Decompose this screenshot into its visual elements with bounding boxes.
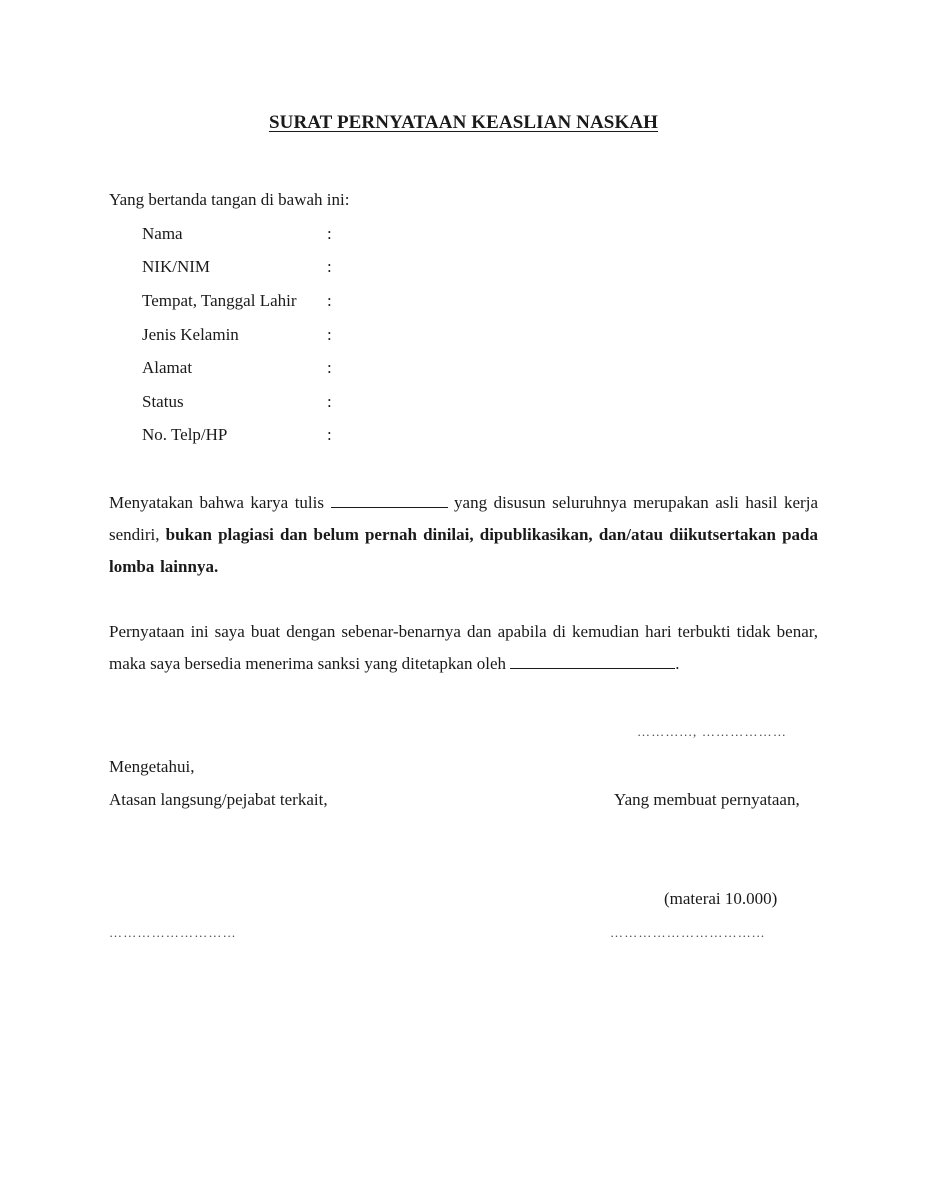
declaration-end: .: [675, 654, 679, 673]
sanksi-oleh-blank: [510, 653, 675, 669]
field-colon: :: [327, 257, 332, 277]
place-date-placeholder: ………..., ………………: [637, 724, 787, 740]
statement-text-start: Menyatakan bahwa karya tulis: [109, 493, 331, 512]
field-colon: :: [327, 291, 332, 311]
field-label-nik-nim: NIK/NIM: [142, 257, 210, 277]
declaration-text: Pernyataan ini saya buat dengan sebenar-…: [109, 622, 818, 673]
field-label-status: Status: [142, 392, 184, 412]
stamp-duty-label: (materai 10.000): [664, 889, 777, 909]
statement-paragraph: Menyatakan bahwa karya tulis yang disusu…: [109, 487, 818, 583]
document-title: SURAT PERNYATAAN KEASLIAN NASKAH: [0, 112, 927, 134]
supervisor-label: Atasan langsung/pejabat terkait,: [109, 790, 328, 810]
field-colon: :: [327, 425, 332, 445]
intro-text: Yang bertanda tangan di bawah ini:: [109, 190, 349, 210]
field-colon: :: [327, 325, 332, 345]
field-label-nama: Nama: [142, 224, 183, 244]
statement-bold-text: bukan plagiasi dan belum pernah dinilai,…: [109, 525, 818, 576]
field-label-no-telp-hp: No. Telp/HP: [142, 425, 227, 445]
supervisor-signature-line: ………………………: [109, 925, 237, 941]
field-colon: :: [327, 392, 332, 412]
declarant-signature-line: …………………………...: [610, 925, 765, 941]
karya-tulis-blank: [331, 492, 448, 508]
field-colon: :: [327, 224, 332, 244]
declarant-label: Yang membuat pernyataan,: [614, 790, 800, 810]
field-label-alamat: Alamat: [142, 358, 192, 378]
field-label-jenis-kelamin: Jenis Kelamin: [142, 325, 239, 345]
acknowledged-label: Mengetahui,: [109, 757, 194, 777]
field-label-tempat-tanggal-lahir: Tempat, Tanggal Lahir: [142, 291, 297, 311]
field-colon: :: [327, 358, 332, 378]
declaration-paragraph: Pernyataan ini saya buat dengan sebenar-…: [109, 616, 818, 680]
